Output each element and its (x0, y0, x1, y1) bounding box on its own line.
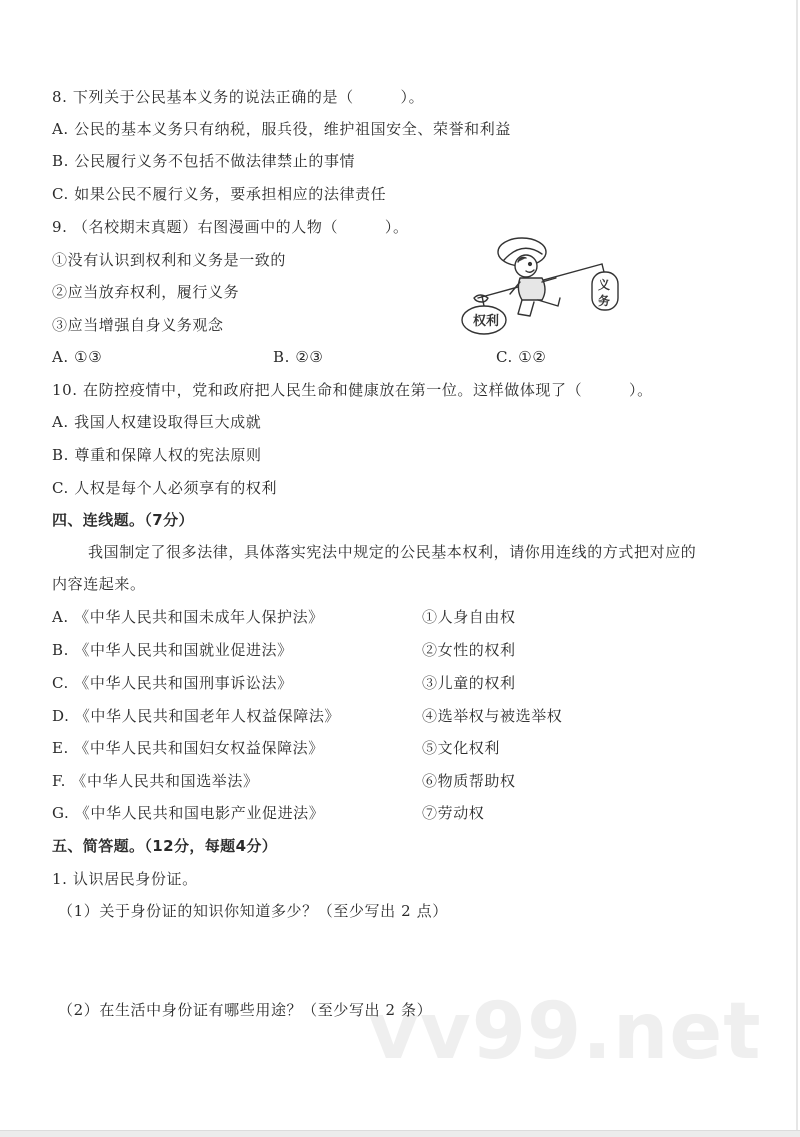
law-item-d: D. 《中华人民共和国老年人权益保障法》 (52, 706, 340, 726)
right-item-4: ④选举权与被选举权 (422, 706, 562, 726)
s5-q1-title: 1. 认识居民身份证。 (52, 869, 198, 889)
cartoon-boy-carrying-pole-icon: 权利 义 务 (460, 232, 630, 342)
right-item-2: ②女性的权利 (422, 640, 516, 660)
s5-q1-sub2: （2）在生活中身份证有哪些用途？（至少写出 2 条） (58, 1000, 432, 1020)
q9-option-b: B. ②③ (273, 347, 323, 367)
law-item-b: B. 《中华人民共和国就业促进法》 (52, 640, 293, 660)
section5-heading: 五、简答题。（12分，每题4分） (52, 836, 277, 856)
right-item-6: ⑥物质帮助权 (422, 771, 516, 791)
q10-option-c: C. 人权是每个人必须享有的权利 (52, 478, 277, 498)
q8-stem: 8. 下列关于公民基本义务的说法正确的是（ ）。 (52, 87, 424, 107)
q9-option-c: C. ①② (496, 347, 546, 367)
law-item-e: E. 《中华人民共和国妇女权益保障法》 (52, 738, 324, 758)
cartoon-left-label: 权利 (473, 313, 499, 329)
law-item-c: C. 《中华人民共和国刑事诉讼法》 (52, 673, 293, 693)
page-border-right (796, 0, 798, 1131)
q9-statement-2: ②应当放弃权利，履行义务 (52, 282, 239, 302)
right-item-7: ⑦劳动权 (422, 803, 484, 823)
cartoon-right-label-1: 义 (598, 277, 610, 292)
q10-option-a: A. 我国人权建设取得巨大成就 (52, 412, 261, 432)
law-item-a: A. 《中华人民共和国未成年人保护法》 (52, 607, 324, 627)
right-item-3: ③儿童的权利 (422, 673, 516, 693)
section4-intro-line2: 内容连起来。 (52, 574, 146, 594)
cartoon-illustration: 权利 义 务 (460, 232, 630, 342)
q8-option-b: B. 公民履行义务不包括不做法律禁止的事情 (52, 151, 355, 171)
law-item-f: F. 《中华人民共和国选举法》 (52, 771, 259, 791)
q10-stem: 10. 在防控疫情中，党和政府把人民生命和健康放在第一位。这样做体现了（ ）。 (52, 380, 653, 400)
section4-heading: 四、连线题。（7分） (52, 510, 194, 530)
q9-statement-1: ①没有认识到权利和义务是一致的 (52, 250, 286, 270)
law-item-g: G. 《中华人民共和国电影产业促进法》 (52, 803, 324, 823)
q8-option-a: A. 公民的基本义务只有纳税，服兵役，维护祖国安全、荣誉和利益 (52, 119, 511, 139)
right-item-1: ①人身自由权 (422, 607, 516, 627)
q10-option-b: B. 尊重和保障人权的宪法原则 (52, 445, 262, 465)
right-item-5: ⑤文化权利 (422, 738, 500, 758)
q9-stem: 9. （名校期末真题）右图漫画中的人物（ ）。 (52, 217, 409, 237)
q9-statement-3: ③应当增强自身义务观念 (52, 315, 224, 335)
q9-option-a: A. ①③ (52, 347, 102, 367)
page-border-bottom (0, 1130, 800, 1137)
q8-option-c: C. 如果公民不履行义务，要承担相应的法律责任 (52, 184, 386, 204)
s5-q1-sub1: （1）关于身份证的知识你知道多少？（至少写出 2 点） (58, 901, 448, 921)
cartoon-right-label-2: 务 (598, 293, 610, 308)
section4-intro-line1: 我国制定了很多法律，具体落实宪法中规定的公民基本权利，请你用连线的方式把对应的 (88, 542, 696, 562)
